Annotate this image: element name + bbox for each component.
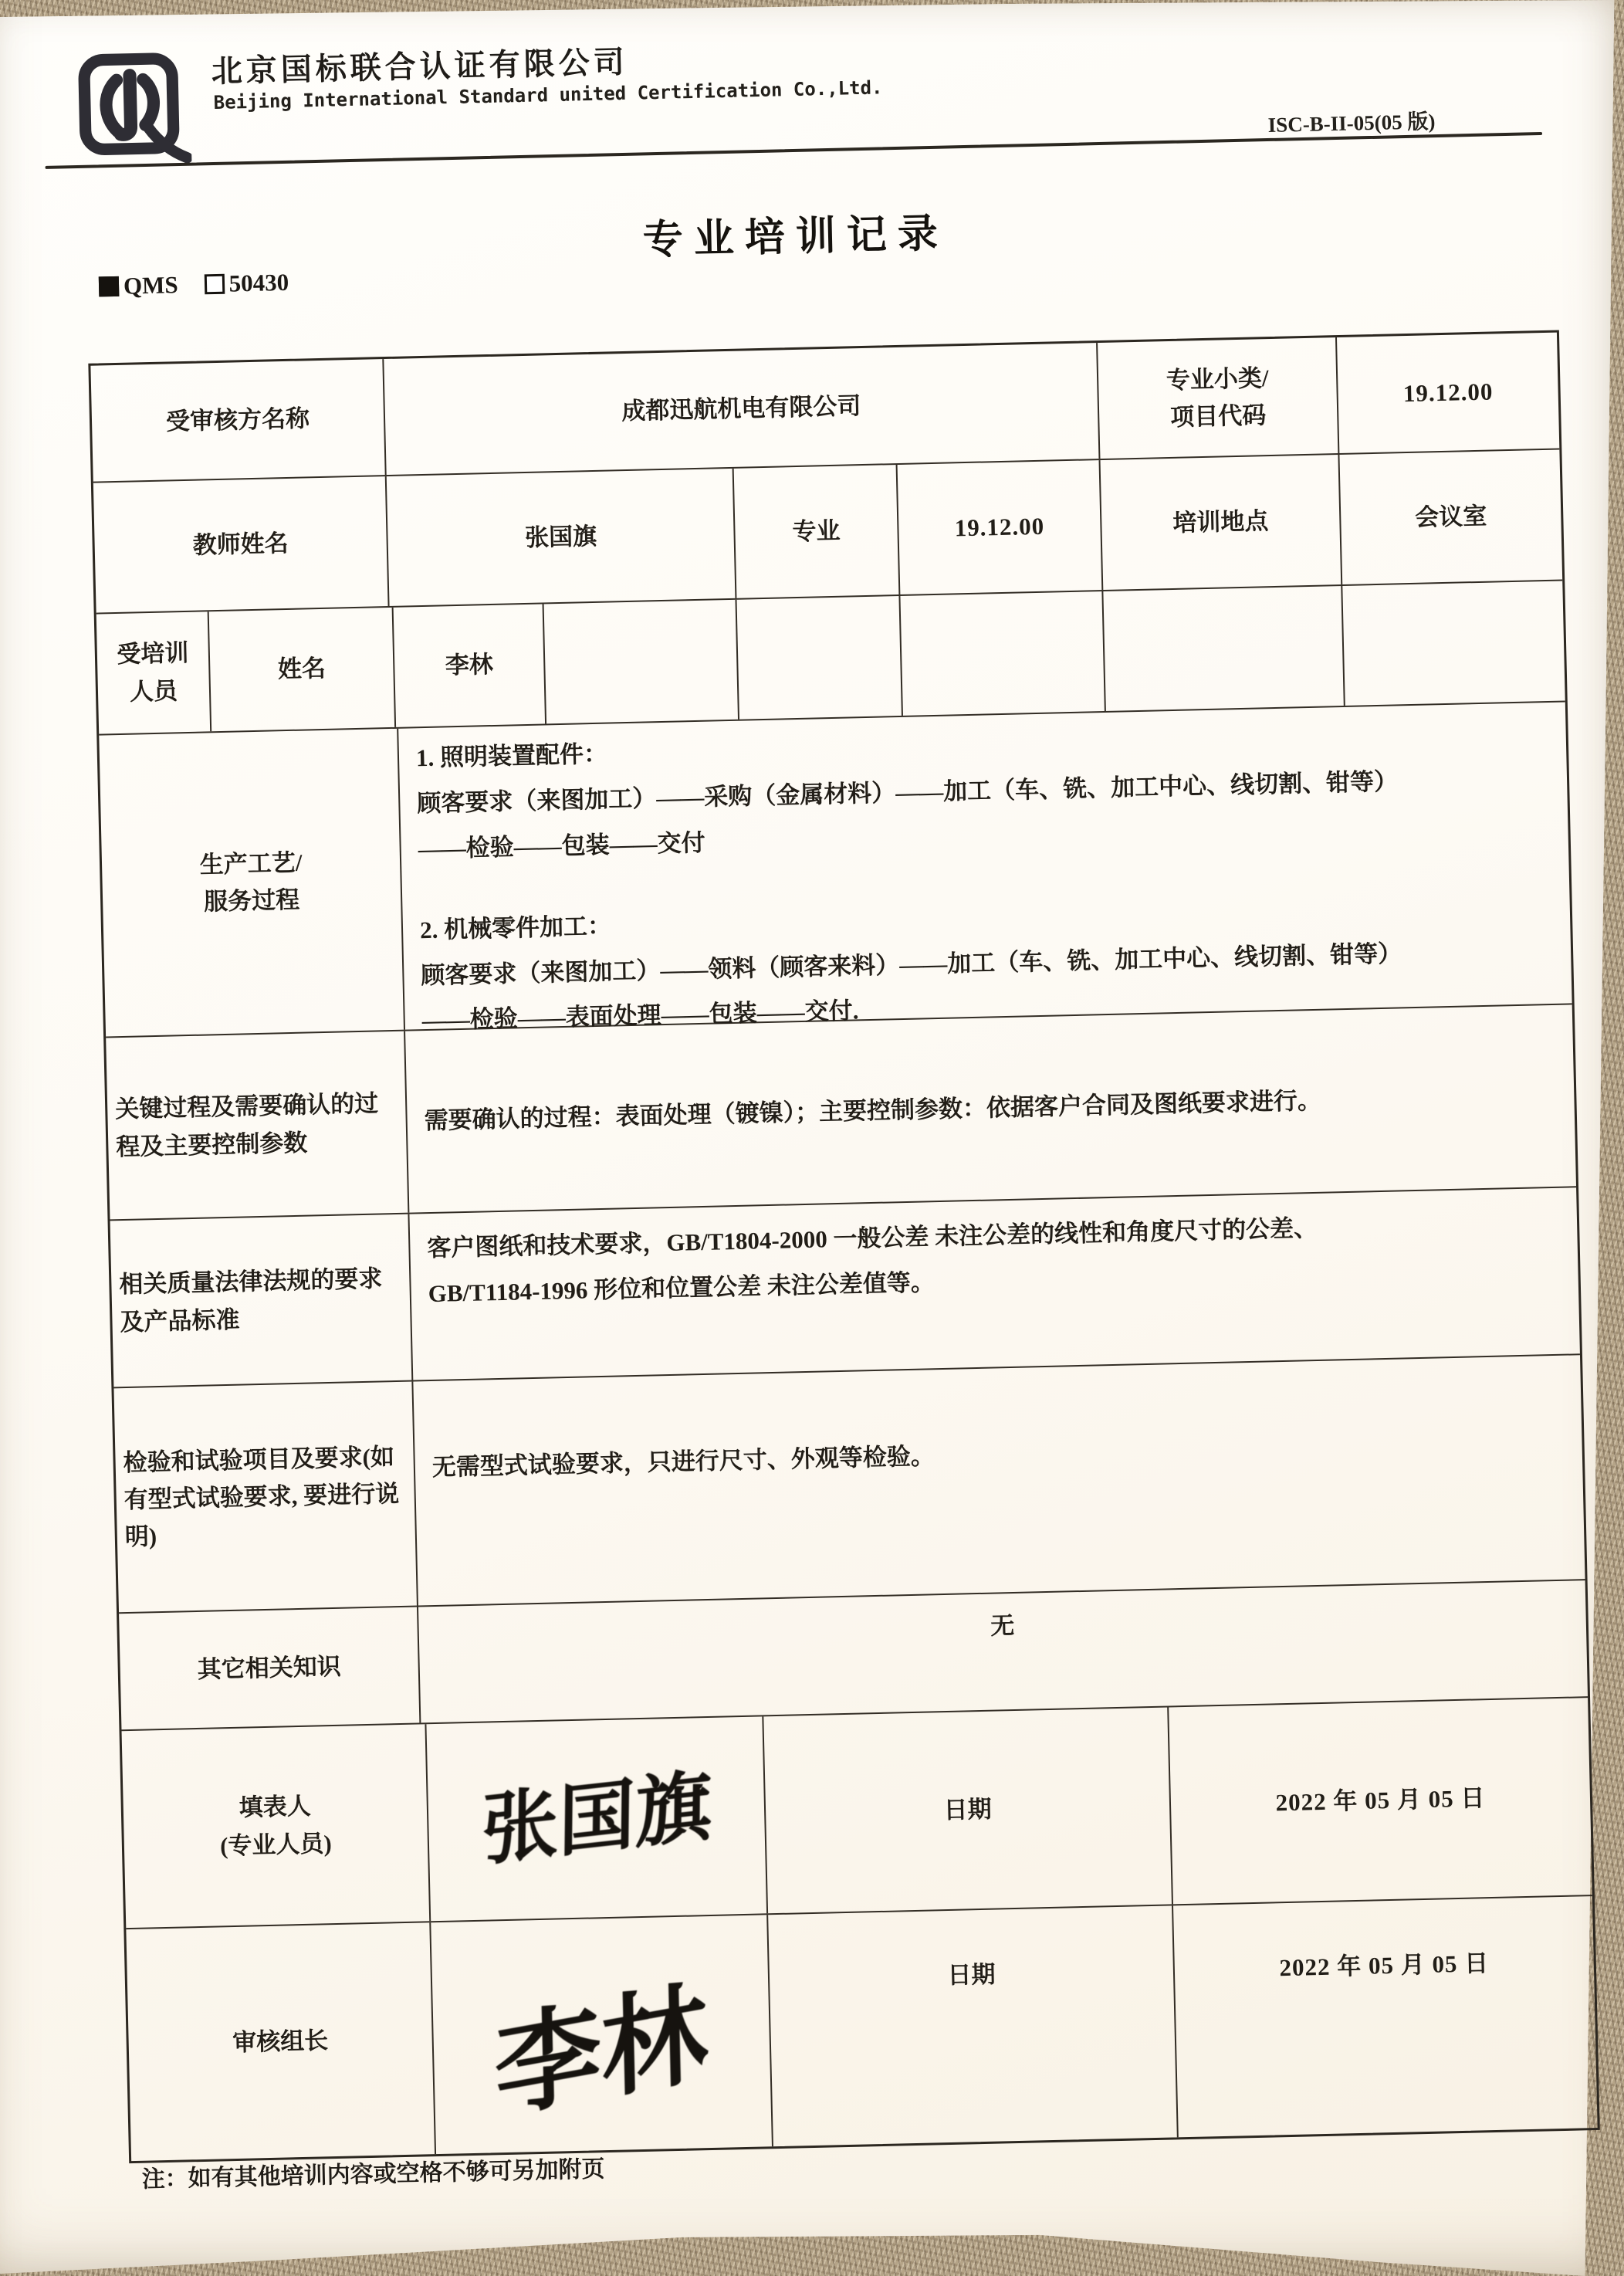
major-label: 专业 <box>734 465 901 598</box>
trainees-label-line2: 人员 <box>129 672 178 710</box>
filler-date-label: 日期 <box>763 1707 1173 1913</box>
trainee-empty-cell-3 <box>900 591 1105 716</box>
certification-logo-icon <box>72 48 191 168</box>
audit-leader-label: 审核组长 <box>126 1922 436 2161</box>
trainee-empty-cell-5 <box>1342 581 1565 706</box>
filler-label-line1: 填表人 <box>239 1788 311 1827</box>
row-regulations: 相关质量法律法规的要求及产品标准 客户图纸和技术要求，GB/T1804-2000… <box>110 1187 1580 1388</box>
50430-checkbox <box>204 274 225 295</box>
regulations-label: 相关质量法律法规的要求及产品标准 <box>110 1214 414 1387</box>
trainee-empty-cell-1 <box>544 600 739 724</box>
category-label-line1: 专业小类/ <box>1166 360 1269 399</box>
process-content: 1. 照明装置配件： 顾客要求（来图加工）——采购（金属材料）——加工（车、铣、… <box>398 702 1572 1029</box>
50430-checkbox-label: 50430 <box>228 269 289 298</box>
row-inspection: 检验和试验项目及要求(如有型式试验要求, 要进行说明) 无需型式试验要求，只进行… <box>113 1355 1585 1614</box>
category-value: 19.12.00 <box>1337 333 1559 453</box>
50430-check-item: 50430 <box>204 269 289 298</box>
row-process: 生产工艺/ 服务过程 1. 照明装置配件： 顾客要求（来图加工）——采购（金属材… <box>99 702 1572 1038</box>
trainees-label-line1: 受培训 <box>117 635 189 673</box>
inspection-content: 无需型式试验要求，只进行尺寸、外观等检验。 <box>413 1355 1585 1605</box>
document-code: ISC-B-II-05(05 版) <box>1267 104 1436 138</box>
regulations-content: 客户图纸和技术要求，GB/T1804-2000 一般公差 未注公差的线性和角度尺… <box>409 1187 1579 1380</box>
training-record-table: 受审核方名称 成都迅航机电有限公司 专业小类/ 项目代码 19.12.00 教师… <box>88 330 1599 2164</box>
trainee-name-value: 李林 <box>394 604 546 726</box>
filler-label: 填表人 (专业人员) <box>122 1724 431 1928</box>
category-label: 专业小类/ 项目代码 <box>1098 337 1339 459</box>
qms-checkbox-label: QMS <box>123 271 178 300</box>
major-value: 19.12.00 <box>898 460 1104 594</box>
key-process-label: 关键过程及需要确认的过程及主要控制参数 <box>106 1031 409 1220</box>
filler-date-value: 2022 年 05 月 05 日 <box>1169 1698 1592 1904</box>
audit-leader-signature-cell: 李林 <box>431 1915 773 2154</box>
auditee-value: 成都迅航机电有限公司 <box>384 343 1100 475</box>
audit-leader-date-value: 2022 年 05 月 05 日 <box>1173 1896 1598 2137</box>
category-label-line2: 项目代码 <box>1170 397 1267 436</box>
scheme-checkboxes: QMS 50430 <box>99 269 289 301</box>
process-label: 生产工艺/ 服务过程 <box>99 729 405 1037</box>
qms-check-item: QMS <box>99 271 178 300</box>
teacher-value: 张国旗 <box>387 469 737 606</box>
qms-checkbox <box>99 276 120 297</box>
location-value: 会议室 <box>1339 450 1562 584</box>
key-process-content: 需要确认的过程：表面处理（镀镍）；主要控制参数：依据客户合同及图纸要求进行。 <box>405 1004 1576 1212</box>
filler-label-line2: (专业人员) <box>220 1825 333 1864</box>
process-label-line1: 生产工艺/ <box>199 845 303 884</box>
filler-signature: 张国旗 <box>481 1746 712 1892</box>
filler-signature-cell: 张国旗 <box>426 1716 768 1921</box>
other-knowledge-label: 其它相关知识 <box>119 1607 421 1729</box>
inspection-label: 检验和试验项目及要求(如有型式试验要求, 要进行说明) <box>113 1382 418 1613</box>
trainee-empty-cell-4 <box>1103 586 1345 711</box>
location-label: 培训地点 <box>1101 455 1343 590</box>
teacher-label: 教师姓名 <box>93 476 390 613</box>
trainee-empty-cell-2 <box>736 596 902 720</box>
auditee-label: 受审核方名称 <box>90 359 386 482</box>
row-form-filler: 填表人 (专业人员) 张国旗 日期 2022 年 05 月 05 日 <box>122 1698 1592 1929</box>
audit-leader-date-label: 日期 <box>768 1905 1179 2146</box>
audit-leader-signature: 李林 <box>493 1948 709 2156</box>
trainee-name-label: 姓名 <box>209 608 396 731</box>
row-key-process: 关键过程及需要确认的过程及主要控制参数 需要确认的过程：表面处理（镀镍）；主要控… <box>106 1004 1576 1221</box>
row-audit-leader: 审核组长 李林 日期 2022 年 05 月 05 日 <box>126 1896 1597 2161</box>
process-label-line2: 服务过程 <box>204 882 300 921</box>
trainees-label: 受培训 人员 <box>96 611 211 733</box>
